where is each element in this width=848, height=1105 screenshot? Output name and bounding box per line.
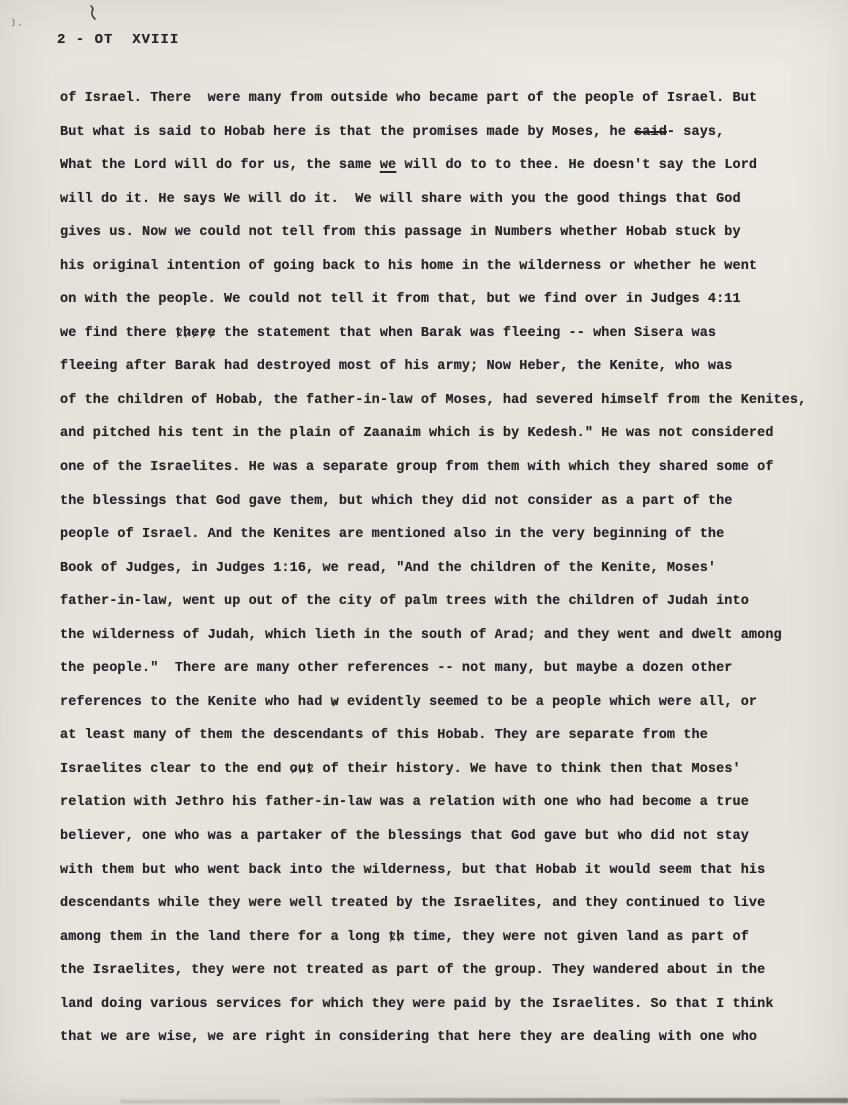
struck-out-text: h — [396, 921, 404, 955]
struck-out-text: u — [298, 753, 306, 787]
text-run: we find there — [60, 326, 175, 341]
text-run: the statement that when Barak was fleein… — [216, 326, 716, 341]
text-run: fleeing after Barak had destroyed most o… — [60, 359, 733, 374]
text-line: among them in the land there for a long … — [60, 921, 820, 955]
text-run: his original intention of going back to … — [60, 259, 757, 274]
text-line: of the children of Hobab, the father-in-… — [60, 384, 820, 418]
text-run: among them in the land there for a long — [60, 930, 388, 945]
text-run: evidently seemed to be a people which we… — [339, 695, 757, 710]
text-line: at least many of them the descendants of… — [60, 719, 820, 753]
text-run: relation with Jethro his father-in-law w… — [60, 795, 749, 810]
text-line: Israelites clear to the end out of their… — [60, 753, 820, 787]
text-run: time, they were not given land as part o… — [404, 930, 748, 945]
text-line: father-in-law, went up out of the city o… — [60, 585, 820, 619]
text-run: of Israel. There were many from outside … — [60, 91, 757, 106]
text-line: the people." There are many other refere… — [60, 652, 820, 686]
text-run: of their history. We have to think then … — [314, 762, 740, 777]
text-line: relation with Jethro his father-in-law w… — [60, 786, 820, 820]
text-line: his original intention of going back to … — [60, 250, 820, 284]
underline-text: we — [380, 158, 396, 173]
text-line: with them but who went back into the wil… — [60, 854, 820, 888]
text-run: But what is said to Hobab here is that t… — [60, 125, 634, 140]
text-run: the Israelites, they were not treated as… — [60, 963, 765, 978]
text-line: people of Israel. And the Kenites are me… — [60, 518, 820, 552]
page-number-header: 2 - OT XVIII — [57, 32, 179, 48]
struck-out-text: r — [199, 317, 207, 351]
text-run: the blessings that God gave them, but wh… — [60, 494, 733, 509]
text-line: on with the people. We could not tell it… — [60, 283, 820, 317]
text-run: references to the Kenite who had — [60, 695, 331, 710]
text-run: will do it. He says We will do it. We wi… — [60, 192, 741, 207]
text-line: descendants while they were well treated… — [60, 887, 820, 921]
text-run: gives us. Now we could not tell from thi… — [60, 225, 741, 240]
struck-out-text: t — [175, 317, 183, 351]
text-line: What the Lord will do for us, the same w… — [60, 149, 820, 183]
text-line: believer, one who was a partaker of the … — [60, 820, 820, 854]
text-run: that we are wise, we are right in consid… — [60, 1030, 757, 1045]
text-line: that we are wise, we are right in consid… — [60, 1021, 820, 1055]
struck-out-text: e — [191, 317, 199, 351]
text-line: Book of Judges, in Judges 1:16, we read,… — [60, 552, 820, 586]
text-line: will do it. He says We will do it. We wi… — [60, 183, 820, 217]
scan-smudge-artifact — [120, 1100, 280, 1103]
text-run: - says, — [667, 125, 724, 140]
text-run: the people." There are many other refere… — [60, 661, 733, 676]
text-run: at least many of them the descendants of… — [60, 728, 708, 743]
pen-mark-icon — [84, 4, 104, 30]
strike-text: said — [634, 125, 667, 140]
text-run: and pitched his tent in the plain of Zaa… — [60, 426, 774, 441]
text-run: people of Israel. And the Kenites are me… — [60, 527, 724, 542]
text-run: of the children of Hobab, the father-in-… — [60, 393, 806, 408]
text-line: we find there there the statement that w… — [60, 317, 820, 351]
struck-out-text: t — [306, 753, 314, 787]
scan-edge-artifact — [300, 1098, 848, 1103]
text-line: and pitched his tent in the plain of Zaa… — [60, 417, 820, 451]
text-line: the Israelites, they were not treated as… — [60, 954, 820, 988]
text-line: gives us. Now we could not tell from thi… — [60, 216, 820, 250]
text-run: will do to to thee. He doesn't say the L… — [396, 158, 757, 173]
text-line: the wilderness of Judah, which lieth in … — [60, 619, 820, 653]
text-line: But what is said to Hobab here is that t… — [60, 116, 820, 150]
text-run: the wilderness of Judah, which lieth in … — [60, 628, 782, 643]
text-run: Israelites clear to the end — [60, 762, 290, 777]
text-run: believer, one who was a partaker of the … — [60, 829, 749, 844]
text-line: land doing various services for which th… — [60, 988, 820, 1022]
text-line: one of the Israelites. He was a separate… — [60, 451, 820, 485]
text-run: with them but who went back into the wil… — [60, 863, 765, 878]
text-run: one of the Israelites. He was a separate… — [60, 460, 774, 475]
text-run: Book of Judges, in Judges 1:16, we read,… — [60, 561, 716, 576]
text-line: the blessings that God gave them, but wh… — [60, 485, 820, 519]
pen-mark-icon — [10, 16, 32, 30]
text-line: references to the Kenite who had w evide… — [60, 686, 820, 720]
struck-out-text: h — [183, 317, 191, 351]
struck-out-text: e — [208, 317, 216, 351]
text-run: on with the people. We could not tell it… — [60, 292, 741, 307]
text-run: father-in-law, went up out of the city o… — [60, 594, 749, 609]
text-run: land doing various services for which th… — [60, 997, 774, 1012]
text-run: What the Lord will do for us, the same — [60, 158, 380, 173]
text-line: fleeing after Barak had destroyed most o… — [60, 350, 820, 384]
struck-out-text: o — [290, 753, 298, 787]
scanned-typescript-page: 2 - OT XVIII of Israel. There were many … — [0, 0, 848, 1105]
text-line: of Israel. There were many from outside … — [60, 82, 820, 116]
text-run: descendants while they were well treated… — [60, 896, 765, 911]
struck-out-text: w — [331, 686, 339, 720]
document-body: of Israel. There were many from outside … — [60, 82, 820, 1055]
